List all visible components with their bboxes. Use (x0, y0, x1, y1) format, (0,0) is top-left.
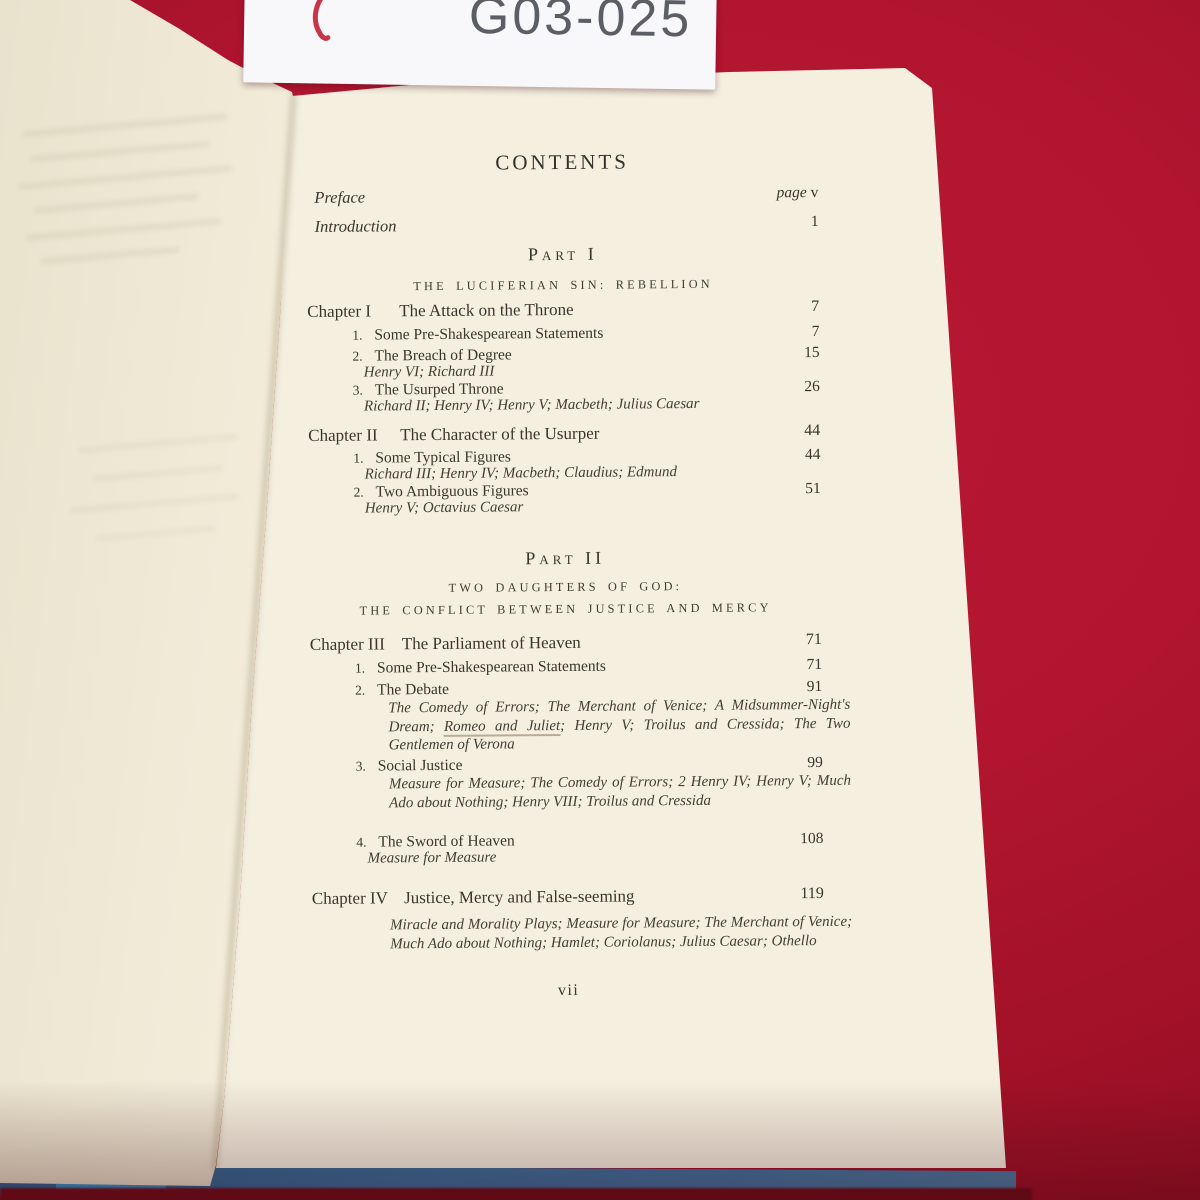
page-number: 26 (804, 378, 820, 396)
page-number: 71 (806, 656, 822, 674)
toc-item-works: Richard II; Henry IV; Henry V; Macbeth; … (308, 395, 820, 416)
contents-heading: CONTENTS (306, 148, 818, 177)
bleed-through-line (18, 165, 233, 191)
page-number: 15 (804, 344, 820, 362)
part-subtitle: THE CONFLICT BETWEEN JUSTICE AND MERCY (310, 600, 822, 619)
page-number: 71 (806, 631, 822, 649)
toc-entry-introduction: Introduction 1 (307, 213, 819, 237)
toc-item-works: Henry V; Octavius Caesar (309, 497, 821, 518)
sticker-code: G03-025 (468, 0, 692, 49)
chapter-label: Chapter IV (312, 888, 400, 909)
toc-item: 1. Some Pre-Shakespearean Statements 7 (307, 323, 819, 345)
book-bottom-shadow (0, 1188, 1032, 1200)
bleed-through-line (30, 140, 210, 163)
table-of-contents: CONTENTS Preface page v Introduction 1 P… (306, 146, 825, 1030)
part-heading: Part II (309, 546, 821, 571)
bleed-through-line (92, 464, 222, 482)
folio-page-number: vii (313, 980, 825, 1002)
bleed-through-line (34, 193, 199, 214)
chapter-label: Chapter I (307, 301, 395, 322)
page-number: 44 (804, 422, 820, 440)
page-number: 51 (805, 480, 821, 498)
page-number: 44 (805, 446, 821, 464)
bleed-through-line (26, 218, 221, 242)
bleed-through-line (40, 246, 180, 265)
toc-entry-chapter-3: Chapter III The Parliament of Heaven 71 (310, 631, 822, 655)
chapter-title: The Character of the Usurper (400, 424, 599, 445)
bleed-through-line (22, 113, 227, 138)
page-number: 7 (811, 298, 819, 316)
toc-entry-preface: Preface page v (306, 184, 818, 208)
bleed-through-line (70, 493, 240, 515)
page-number: 7 (812, 323, 820, 341)
chapter-label: Chapter III (310, 634, 398, 655)
toc-item: 1. Some Pre-Shakespearean Statements 71 (310, 656, 822, 678)
toc-item-works: Measure for Measure (312, 847, 824, 868)
page-number: 1 (811, 213, 819, 231)
toc-item-works: Miracle and Morality Plays; Measure for … (390, 913, 852, 954)
front-title: Introduction (315, 216, 397, 236)
toc-entry-chapter-4: Chapter IV Justice, Mercy and False-seem… (312, 885, 824, 909)
page-number: page v (777, 184, 819, 202)
part-subtitle: TWO DAUGHTERS OF GOD: (309, 578, 821, 597)
photo-open-book-contents: CONTENTS Preface page v Introduction 1 P… (0, 0, 1200, 1200)
page-number: 91 (807, 678, 823, 696)
toc-item-works: Measure for Measure; The Comedy of Error… (389, 772, 851, 813)
bleed-through-line (96, 525, 216, 542)
bleed-through-line (78, 433, 238, 454)
chapter-title: The Parliament of Heaven (402, 633, 581, 653)
toc-item-works: The Comedy of Errors; The Merchant of Ve… (388, 696, 850, 755)
part-subtitle: THE LUCIFERIAN SIN: REBELLION (307, 276, 819, 295)
red-ink-mark (308, 0, 339, 48)
inventory-sticker: G03-025 (243, 0, 717, 90)
chapter-title: The Attack on the Throne (399, 300, 574, 320)
chapter-label: Chapter II (308, 425, 396, 446)
page-number: 99 (807, 754, 823, 772)
toc-entry-chapter-2: Chapter II The Character of the Usurper … (308, 422, 820, 446)
part-heading: Part I (307, 242, 819, 267)
chapter-title: Justice, Mercy and False-seeming (404, 886, 635, 907)
page-number: 119 (800, 885, 824, 903)
front-title: Preface (314, 188, 365, 207)
page-number: 108 (800, 830, 823, 848)
toc-entry-chapter-1: Chapter I The Attack on the Throne 7 (307, 298, 819, 322)
